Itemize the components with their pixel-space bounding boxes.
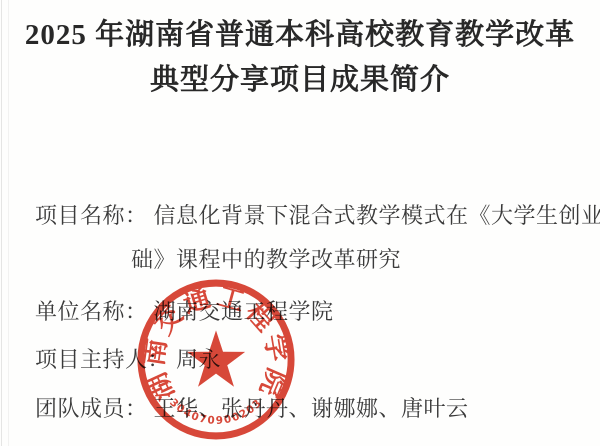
field-team-members-label: 团队成员： xyxy=(35,396,148,421)
field-project-name-value-wrap: 础》课程中的教学改革研究 xyxy=(131,245,401,275)
seal-serial-number-path: 304070900203 xyxy=(167,396,265,427)
document-title-line2: 典型分享项目成果简介 xyxy=(0,58,600,103)
document-title: 2025 年湖南省普通本科高校教育教学改革 典型分享项目成果简介 xyxy=(0,13,600,103)
document-title-line1: 2025 年湖南省普通本科高校教育教学改革 xyxy=(0,13,600,58)
seal-graphic: 湖南交通工程学院 304070900203 xyxy=(134,276,298,443)
seal-star-icon xyxy=(187,330,245,386)
seal-serial-number: 304070900203 xyxy=(167,396,265,427)
scanned-document-page: 2025 年湖南省普通本科高校教育教学改革 典型分享项目成果简介 项目名称：信息… xyxy=(0,0,600,446)
field-project-name-value: 信息化背景下混合式教学模式在《大学生创业基 xyxy=(154,203,600,228)
official-seal: 湖南交通工程学院 304070900203 xyxy=(134,276,298,443)
field-organization-label: 单位名称： xyxy=(35,299,148,324)
field-project-name: 项目名称：信息化背景下混合式教学模式在《大学生创业基 xyxy=(35,201,600,231)
field-project-name-value-line2: 础》课程中的教学改革研究 xyxy=(131,247,401,272)
field-project-name-label: 项目名称： xyxy=(35,203,148,228)
